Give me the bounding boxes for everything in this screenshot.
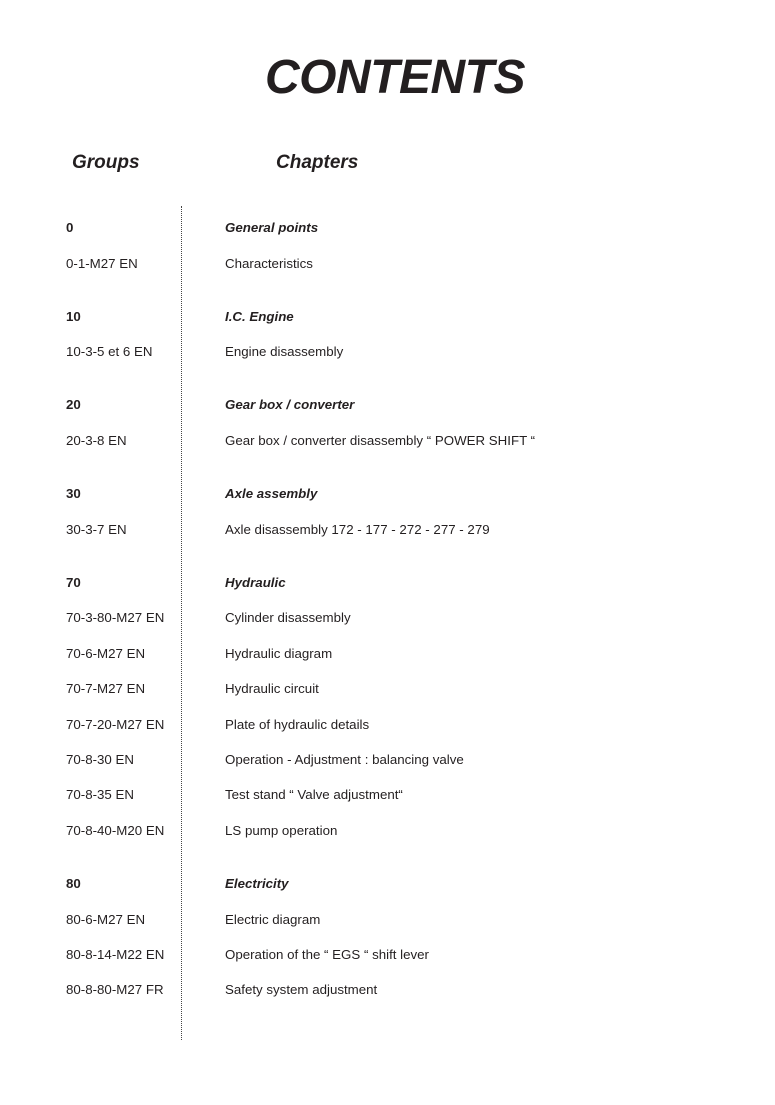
chapter-title: Cylinder disassembly xyxy=(225,608,351,628)
group-number: 0 xyxy=(66,218,73,238)
chapter-row: 70-7-20-M27 ENPlate of hydraulic details xyxy=(0,715,775,735)
document-code: 70-3-80-M27 EN xyxy=(66,608,164,628)
document-code: 70-8-35 EN xyxy=(66,785,134,805)
chapter-row: 70-3-80-M27 ENCylinder disassembly xyxy=(0,608,775,628)
document-code: 70-8-30 EN xyxy=(66,750,134,770)
group-heading-row: 30Axle assembly xyxy=(0,484,775,504)
chapter-title: Operation - Adjustment : balancing valve xyxy=(225,750,464,770)
chapter-row: 70-8-40-M20 ENLS pump operation xyxy=(0,821,775,841)
document-code: 20-3-8 EN xyxy=(66,431,127,451)
chapter-row: 70-7-M27 ENHydraulic circuit xyxy=(0,679,775,699)
page-title: CONTENTS xyxy=(0,50,775,105)
document-code: 80-8-80-M27 FR xyxy=(66,980,164,1000)
chapter-row: 70-6-M27 ENHydraulic diagram xyxy=(0,644,775,664)
chapter-title: Plate of hydraulic details xyxy=(225,715,369,735)
chapter-row: 80-8-14-M22 ENOperation of the “ EGS “ s… xyxy=(0,945,775,965)
group-title: Hydraulic xyxy=(225,573,286,593)
document-code: 10-3-5 et 6 EN xyxy=(66,342,152,362)
chapter-row: 80-8-80-M27 FRSafety system adjustment xyxy=(0,980,775,1000)
document-code: 70-7-20-M27 EN xyxy=(66,715,164,735)
group-heading-row: 0General points xyxy=(0,218,775,238)
chapter-title: Electric diagram xyxy=(225,910,320,930)
groups-column-header: Groups xyxy=(72,152,140,174)
document-code: 80-6-M27 EN xyxy=(66,910,145,930)
chapter-title: Engine disassembly xyxy=(225,342,343,362)
chapter-title: Test stand “ Valve adjustment“ xyxy=(225,785,403,805)
group-heading-row: 10I.C. Engine xyxy=(0,307,775,327)
group-title: General points xyxy=(225,218,318,238)
chapters-column-header: Chapters xyxy=(276,152,358,174)
group-title: Gear box / converter xyxy=(225,395,354,415)
group-heading-row: 80Electricity xyxy=(0,874,775,894)
chapter-row: 10-3-5 et 6 ENEngine disassembly xyxy=(0,342,775,362)
chapter-title: Hydraulic diagram xyxy=(225,644,332,664)
group-number: 70 xyxy=(66,573,81,593)
group-number: 80 xyxy=(66,874,81,894)
chapter-title: Axle disassembly 172 - 177 - 272 - 277 -… xyxy=(225,520,490,540)
chapter-row: 70-8-30 ENOperation - Adjustment : balan… xyxy=(0,750,775,770)
chapter-title: Hydraulic circuit xyxy=(225,679,319,699)
chapter-row: 80-6-M27 ENElectric diagram xyxy=(0,910,775,930)
chapter-title: Gear box / converter disassembly “ POWER… xyxy=(225,431,535,451)
document-code: 30-3-7 EN xyxy=(66,520,127,540)
document-code: 70-6-M27 EN xyxy=(66,644,145,664)
group-number: 10 xyxy=(66,307,81,327)
document-code: 80-8-14-M22 EN xyxy=(66,945,164,965)
group-title: Axle assembly xyxy=(225,484,317,504)
chapter-row: 30-3-7 ENAxle disassembly 172 - 177 - 27… xyxy=(0,520,775,540)
document-code: 70-7-M27 EN xyxy=(66,679,145,699)
group-heading-row: 70Hydraulic xyxy=(0,573,775,593)
group-number: 30 xyxy=(66,484,81,504)
chapter-row: 20-3-8 ENGear box / converter disassembl… xyxy=(0,431,775,451)
document-code: 0-1-M27 EN xyxy=(66,254,138,274)
group-heading-row: 20Gear box / converter xyxy=(0,395,775,415)
group-title: I.C. Engine xyxy=(225,307,294,327)
chapter-title: LS pump operation xyxy=(225,821,337,841)
chapter-title: Operation of the “ EGS “ shift lever xyxy=(225,945,429,965)
document-code: 70-8-40-M20 EN xyxy=(66,821,164,841)
chapter-row: 70-8-35 ENTest stand “ Valve adjustment“ xyxy=(0,785,775,805)
chapter-title: Characteristics xyxy=(225,254,313,274)
group-number: 20 xyxy=(66,395,81,415)
chapter-row: 0-1-M27 ENCharacteristics xyxy=(0,254,775,274)
chapter-title: Safety system adjustment xyxy=(225,980,377,1000)
group-title: Electricity xyxy=(225,874,289,894)
